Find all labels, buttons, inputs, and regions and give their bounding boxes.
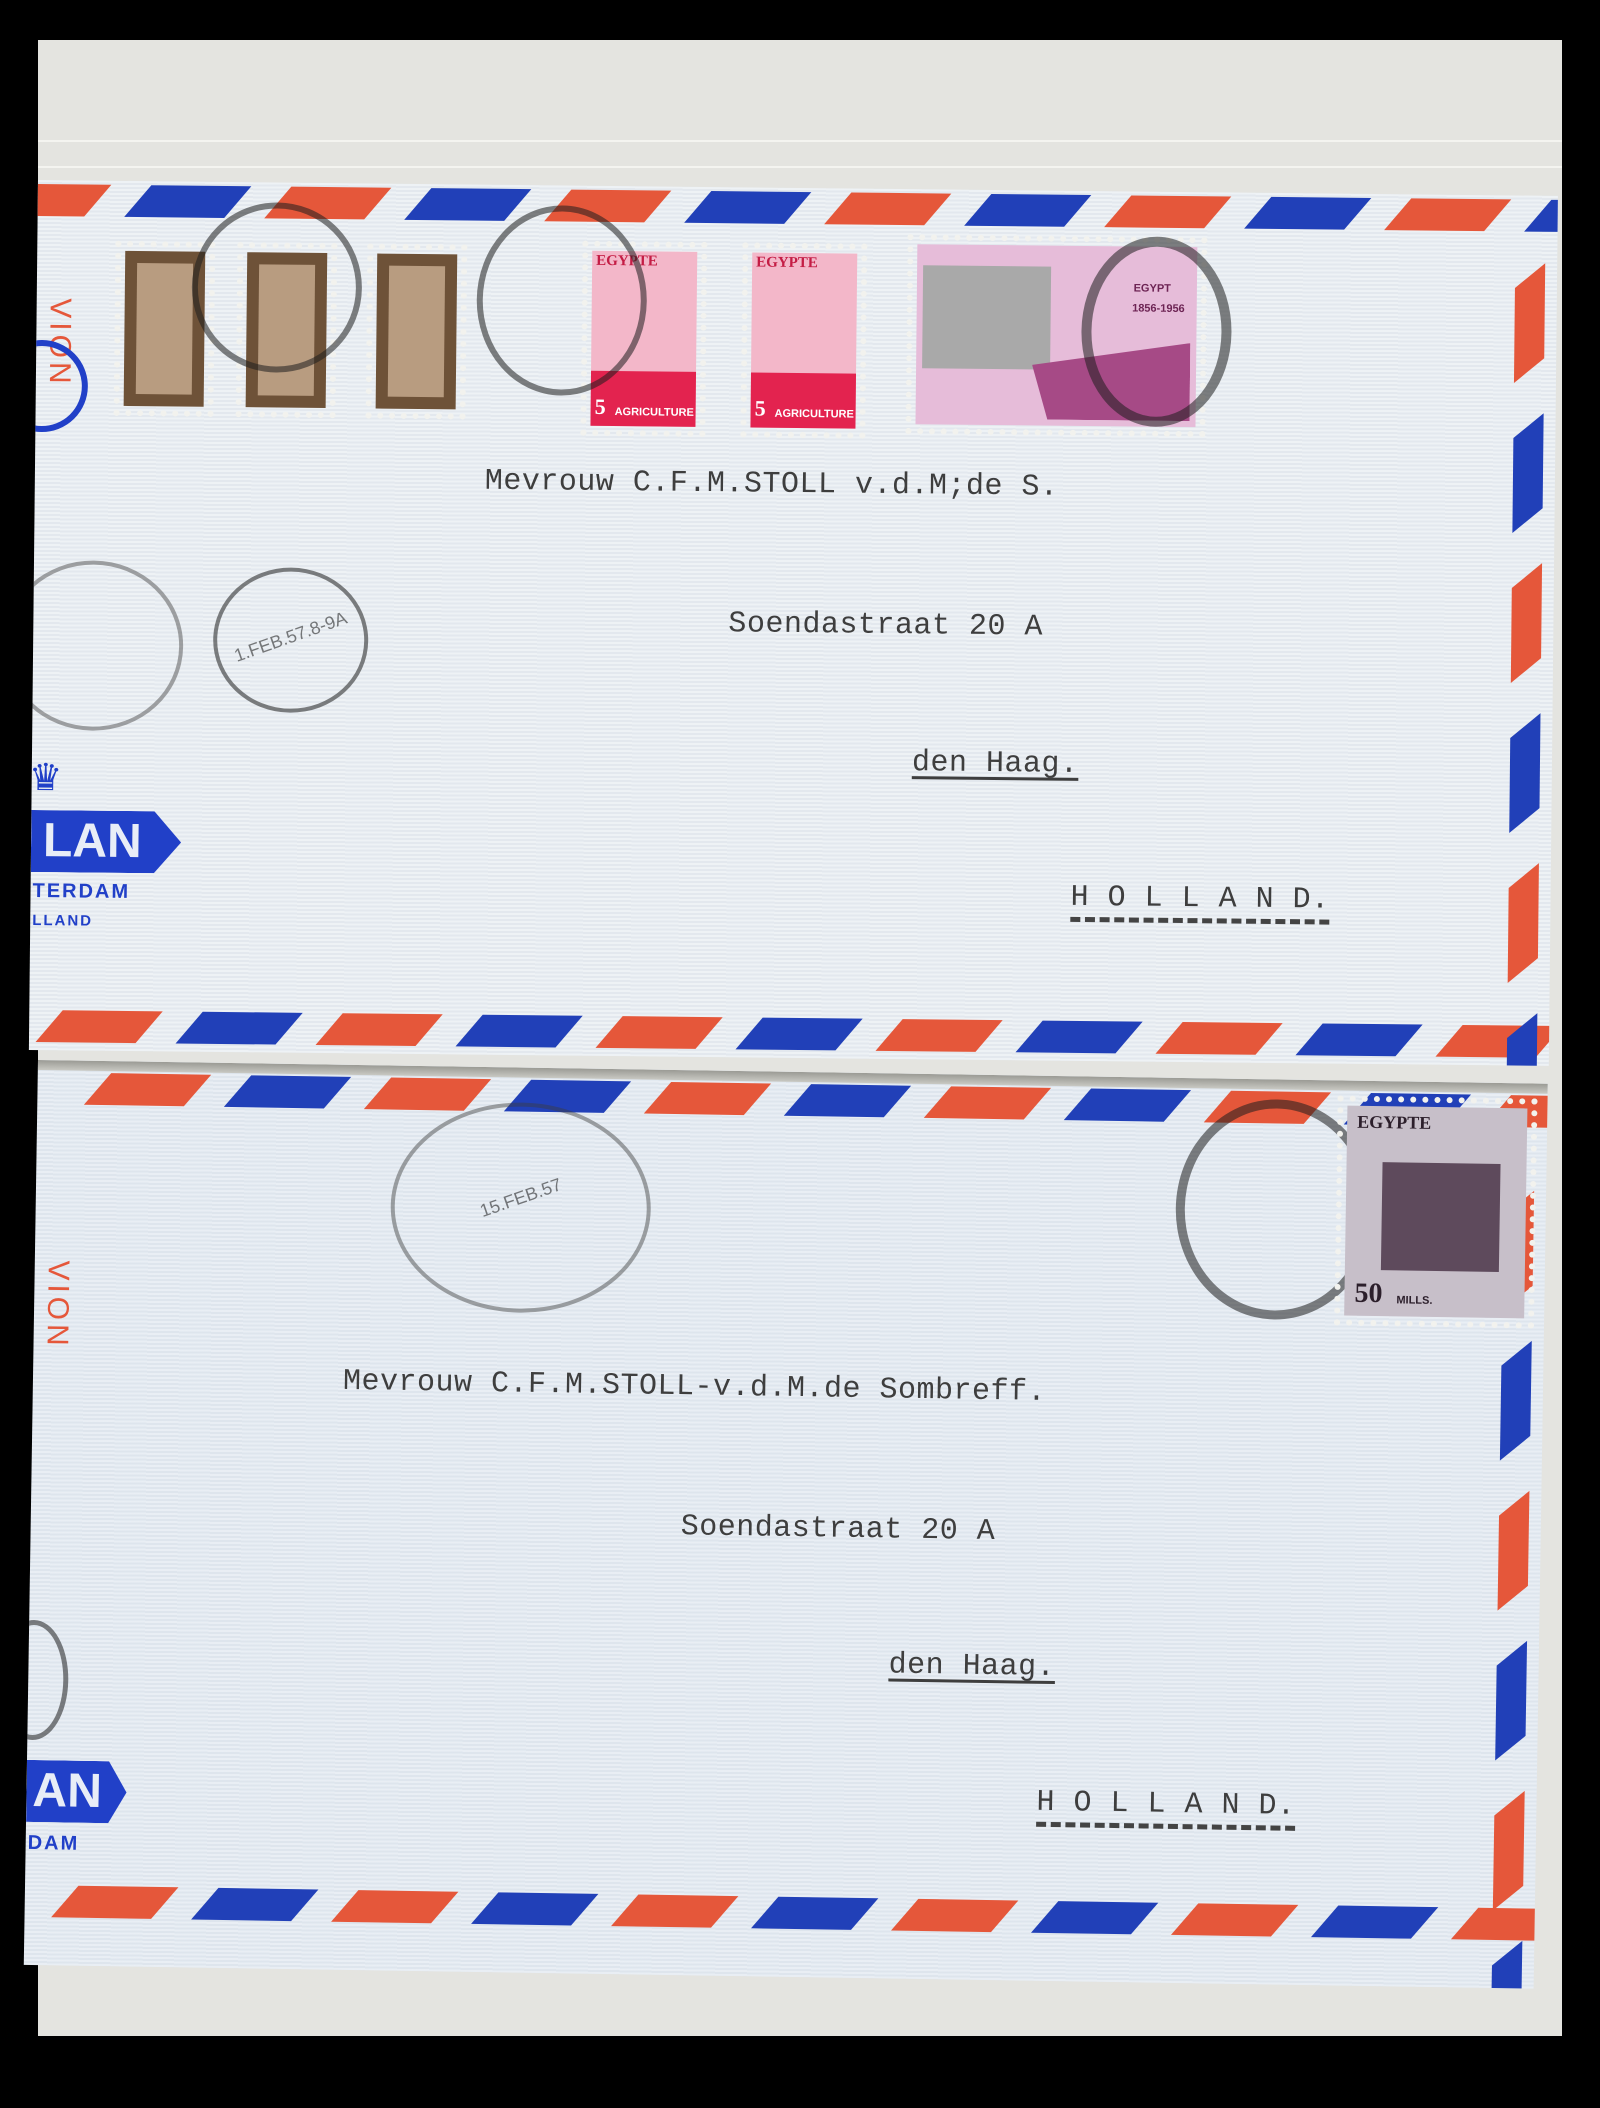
airmail-stripe <box>176 1012 303 1045</box>
address-name: Mevrouw C.F.M.STOLL-v.d.M.de Sombreff. <box>343 1365 1047 1410</box>
airmail-stripe <box>1104 195 1231 228</box>
airmail-stripe <box>404 188 531 221</box>
airmail-stripe <box>1512 413 1543 533</box>
address-name: Mevrouw C.F.M.STOLL v.d.M;de S. <box>485 465 1059 505</box>
postmark-arrival: 15.FEB.57 <box>389 1101 652 1315</box>
airmail-stripe <box>84 1073 211 1106</box>
airmail-stripe <box>316 1013 443 1046</box>
airmail-stripe <box>1495 1641 1527 1761</box>
envelope-bottom: VION AN DAM 15.FEB.57 EGYPTE 50 MILLS. M… <box>24 1060 1548 1989</box>
airmail-stripe <box>1508 863 1539 983</box>
airmail-stripe <box>191 1888 318 1921</box>
airmail-stripe <box>1490 1941 1522 1989</box>
stamp-mosque-50-mills: EGYPTE 50 MILLS. <box>1334 1095 1538 1328</box>
airmail-stripe <box>1171 1903 1298 1936</box>
klm-logo-city: TERDAM <box>32 880 130 904</box>
airmail-stripe <box>1514 263 1545 383</box>
postmark <box>1080 236 1232 428</box>
airmail-stripe <box>1244 197 1371 230</box>
airmail-stripe <box>751 1897 878 1930</box>
airmail-stripe <box>644 1082 771 1115</box>
airmail-stripe <box>924 1086 1051 1119</box>
airmail-stripe <box>51 1886 178 1919</box>
airmail-stripe <box>364 1078 491 1111</box>
stamp-agriculture-2: EGYPTE 5 AGRICULTURE <box>740 242 867 438</box>
airmail-stripe <box>1506 1013 1537 1066</box>
airmail-border-bottom <box>29 1010 1549 1066</box>
airmail-stripe <box>1311 1906 1438 1939</box>
airmail-stripe <box>891 1899 1018 1932</box>
airmail-stripe <box>736 1018 863 1051</box>
klm-logo-banner: AN <box>26 1760 127 1824</box>
airmail-stripe <box>964 194 1091 227</box>
airmail-stripe <box>331 1890 458 1923</box>
airmail-stripe <box>1064 1089 1191 1122</box>
klm-logo-banner: LAN <box>31 810 182 874</box>
airmail-stripe <box>224 1075 351 1108</box>
address-country: H O L L A N D. <box>1070 881 1329 925</box>
airmail-stripe <box>1498 1491 1530 1611</box>
stamp-defense-3 <box>366 243 468 419</box>
postmark-arabic <box>29 560 184 732</box>
crown-icon: ♛ <box>31 755 59 801</box>
address-city: den Haag. <box>912 746 1079 782</box>
airmail-stripe <box>124 185 251 218</box>
airmail-stripe <box>596 1016 723 1049</box>
airmail-stripe <box>784 1084 911 1117</box>
klm-logo-country: LLAND <box>32 912 93 930</box>
page-rule <box>38 140 1562 142</box>
address-country: H O L L A N D. <box>1036 1786 1296 1831</box>
airmail-stripe <box>1295 1023 1422 1056</box>
par-avion-label: VION <box>39 1260 74 1350</box>
postmark <box>191 202 363 374</box>
airmail-stripe <box>1493 1791 1525 1911</box>
airmail-border-right <box>1507 195 1556 1065</box>
airmail-stripe <box>29 184 111 217</box>
airmail-stripe <box>684 191 811 224</box>
airmail-stripe <box>1031 1901 1158 1934</box>
airmail-stripe <box>1509 713 1540 833</box>
airmail-stripe <box>824 193 951 226</box>
airmail-border-bottom <box>24 1885 1534 1949</box>
airmail-stripe <box>36 1010 163 1043</box>
airmail-stripe <box>1384 198 1511 231</box>
postmark-arabic <box>24 1619 69 1740</box>
airmail-stripe <box>611 1895 738 1928</box>
postmark-arrival: 1.FEB.57.8-9A <box>212 567 369 714</box>
airmail-stripe <box>471 1892 598 1925</box>
airmail-stripe <box>1155 1022 1282 1055</box>
address-street: Soendastraat 20 A <box>728 607 1043 644</box>
airmail-stripe <box>876 1019 1003 1052</box>
envelope-top: VION ♛ LAN TERDAM LLAND EGYPTE 5 AGRICUL… <box>29 180 1558 1066</box>
airmail-stripe <box>456 1015 583 1048</box>
album-page: VION ♛ LAN TERDAM LLAND EGYPTE 5 AGRICUL… <box>38 40 1562 2036</box>
page-rule <box>38 166 1562 168</box>
airmail-roundel <box>29 340 88 433</box>
address-street: Soendastraat 20 A <box>680 1510 995 1549</box>
airmail-stripe <box>1500 1341 1532 1461</box>
address-city: den Haag. <box>888 1648 1055 1685</box>
airmail-stripe <box>1511 563 1542 683</box>
airmail-stripe <box>1015 1021 1142 1054</box>
klm-logo-city: DAM <box>28 1832 80 1856</box>
